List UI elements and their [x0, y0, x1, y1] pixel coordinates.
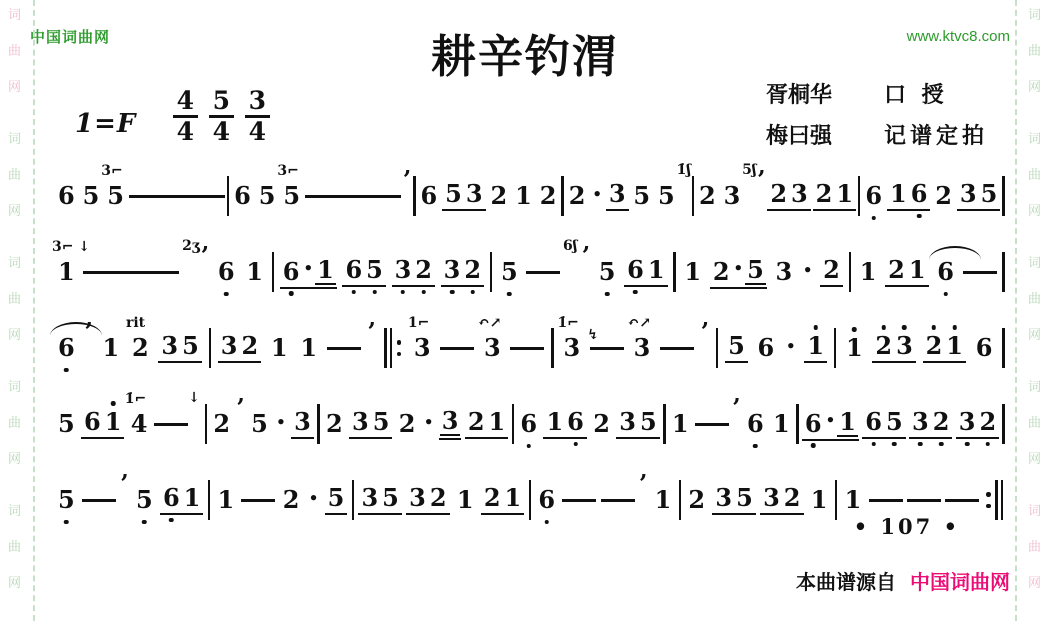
note: 5: [326, 485, 347, 511]
score-line: 13⌐ ↓2ʒ’616•165323256ʃ’56112•53•21216: [55, 234, 1005, 310]
watermark-char: 词: [8, 256, 21, 269]
barline: [858, 176, 861, 216]
dash-wrap: ↯: [590, 347, 624, 350]
ornament: ↯: [587, 328, 599, 342]
barline: [551, 328, 554, 368]
credit-role: 记谱定拍: [884, 119, 988, 150]
note: 3: [632, 335, 653, 361]
note: 2: [697, 183, 718, 209]
octave-up-dot: [902, 325, 907, 330]
duration-dash: [963, 271, 997, 274]
watermark-char: 网: [1028, 80, 1041, 93]
barline: [208, 480, 211, 520]
note-cluster: 5: [133, 487, 156, 513]
dash-wrap: [305, 195, 401, 198]
note-cluster: 1: [268, 335, 291, 361]
note: 6: [803, 411, 824, 437]
note-cluster: 2: [932, 183, 955, 209]
note-cluster: 1: [243, 259, 266, 285]
note: 5: [180, 333, 201, 359]
note-cluster: 5: [256, 183, 279, 209]
credit-role: 口 授: [884, 78, 988, 109]
note: 3: [159, 333, 180, 359]
note: 2: [397, 411, 418, 437]
note: 5: [56, 411, 77, 437]
note-cluster: 1: [100, 335, 123, 361]
note: 2: [567, 183, 588, 209]
note: 2: [821, 257, 842, 283]
note: 3: [350, 409, 371, 435]
note: 6: [82, 409, 103, 435]
ts-numerator: 3: [245, 88, 270, 118]
note-cluster: 16: [543, 409, 586, 439]
note-cluster: 1: [842, 487, 865, 513]
ts-numerator: 5: [209, 88, 234, 118]
note-cluster: 23: [767, 181, 810, 211]
duration-dash: [83, 271, 179, 274]
song-title: 耕辛钓渭: [0, 20, 1050, 85]
note-cluster: 21: [885, 257, 928, 287]
ornament: 1̇ʃ: [677, 163, 691, 177]
ts-numerator: 4: [173, 88, 198, 118]
note: 3: [910, 409, 931, 435]
watermark-column-left: 词曲网词曲网词曲网词曲网词曲网: [2, 0, 28, 621]
note: 1: [315, 257, 336, 285]
dash-wrap: [963, 271, 997, 274]
note: 1: [907, 257, 928, 283]
dash-wrap: [154, 423, 188, 426]
note: 5: [105, 183, 126, 209]
octave-down-dot: [573, 442, 578, 447]
note-cluster: 32: [392, 257, 435, 287]
note: 2: [239, 333, 260, 359]
note-cluster: 5: [725, 333, 748, 363]
note: 2: [462, 257, 483, 283]
note: 6: [56, 335, 77, 361]
duration-dash: [590, 347, 624, 350]
octave-down-dot: [401, 290, 406, 295]
duration-dash: [945, 499, 979, 502]
source-prefix: 本曲谱源自: [796, 566, 896, 595]
note-cluster: 53: [442, 181, 485, 211]
note: 6: [935, 259, 956, 285]
note: 5: [249, 411, 270, 437]
note: 3: [607, 181, 628, 207]
octave-down-dot: [939, 442, 944, 447]
note: •: [301, 256, 315, 285]
watermark-char: 曲: [8, 416, 21, 429]
note-cluster: 6•1: [802, 408, 859, 441]
note: 2: [686, 487, 707, 513]
note-cluster: 1: [297, 335, 320, 361]
note: 2: [413, 257, 434, 283]
note: 2: [466, 409, 487, 435]
note: 3: [774, 259, 795, 285]
note: 2: [782, 485, 803, 511]
note: 1: [843, 487, 864, 513]
repeat-bar: [384, 328, 387, 368]
barline: [413, 176, 416, 216]
note-cluster: 41̇⌐: [128, 411, 151, 437]
note-cluster: 2rit: [129, 335, 152, 361]
note: 6: [625, 257, 646, 283]
watermark-char: 曲: [1028, 540, 1041, 553]
note: 3: [464, 181, 485, 207]
note-cluster: 1: [804, 333, 827, 363]
note: 6: [565, 409, 586, 435]
note: 1: [513, 183, 534, 209]
duration-dot: •: [422, 410, 436, 439]
dash-wrap: [526, 271, 560, 274]
octave-up-dot: [952, 325, 957, 330]
note: 6: [909, 181, 930, 207]
watermark-char: 网: [8, 80, 21, 93]
dash-wrap: [129, 195, 225, 198]
note: 2: [977, 409, 998, 435]
ornament: 3⌐: [101, 164, 122, 178]
note-cluster: 65: [342, 257, 385, 287]
note: 1: [215, 487, 236, 513]
watermark-char: 词: [1028, 132, 1041, 145]
time-signature: 4 4: [170, 88, 200, 145]
octave-down-dot: [871, 216, 876, 221]
note-cluster: 2: [210, 411, 233, 437]
note: 1: [834, 181, 855, 207]
note: 1: [455, 487, 476, 513]
note-cluster: 1: [669, 411, 692, 437]
note: 6: [863, 409, 884, 435]
watermark-char: 词: [1028, 8, 1041, 21]
note-cluster: 32: [909, 409, 952, 439]
breath-mark: ’: [236, 398, 244, 418]
duration-dash: [869, 499, 903, 502]
note: 1: [670, 411, 691, 437]
note: 3: [442, 257, 463, 283]
octave-down-dot: [372, 290, 377, 295]
note-cluster: 32: [956, 409, 999, 439]
watermark-char: 网: [1028, 328, 1041, 341]
note: 1: [101, 335, 122, 361]
note: 5: [726, 333, 747, 359]
note-cluster: 35: [158, 333, 201, 363]
note-cluster: 65: [862, 409, 905, 439]
note-cluster: 6: [535, 487, 558, 513]
note-cluster: 21: [813, 181, 856, 211]
note: 1: [809, 487, 830, 513]
note-cluster: 61: [81, 409, 124, 439]
note: 6: [343, 257, 364, 283]
note-cluster: 16: [887, 181, 930, 211]
note: 2: [538, 183, 559, 209]
note-cluster: 6: [934, 259, 957, 285]
note-cluster: 32: [441, 257, 484, 287]
note: 6: [745, 411, 766, 437]
note-cluster: 32: [406, 485, 449, 515]
score-line: 6553⌐6553⌐’6532122•3551̇ʃ235ʃ’2321616235: [55, 158, 1005, 234]
note: 2: [324, 411, 345, 437]
note: 2: [211, 411, 232, 437]
note-cluster: 1: [770, 411, 793, 437]
note: 3: [761, 485, 782, 511]
note: 5: [371, 409, 392, 435]
note-cluster: 13⌐ ↓: [55, 259, 78, 285]
duration-dash: [907, 499, 941, 502]
watermark-char: 曲: [1028, 44, 1041, 57]
note: 5: [884, 409, 905, 435]
note-cluster: 32: [760, 485, 803, 515]
note: 6: [216, 259, 237, 285]
octave-down-dot: [811, 443, 816, 448]
octave-down-dot: [943, 292, 948, 297]
note: 6: [536, 487, 557, 513]
dotted-border-left: [33, 0, 35, 621]
note: 2: [281, 487, 302, 513]
note: 5: [56, 487, 77, 513]
note-cluster: 3: [439, 408, 462, 440]
credit-name: 胥桐华: [766, 78, 832, 109]
note: 5: [745, 257, 766, 285]
note: 3: [292, 409, 313, 435]
note-cluster: 6: [215, 259, 238, 285]
watermark-char: 曲: [1028, 292, 1041, 305]
note: 2: [933, 183, 954, 209]
barline: [692, 176, 695, 216]
dash-wrap: [562, 499, 596, 502]
dash-wrap: [440, 347, 474, 350]
octave-down-dot: [544, 520, 549, 525]
grace-ornament: 1̇ʃ: [680, 182, 690, 210]
note: 1: [269, 335, 290, 361]
breath-mark: ’: [201, 246, 209, 266]
note: 3: [561, 335, 582, 361]
repeat-dots: [397, 328, 402, 368]
barline: [835, 480, 838, 520]
octave-up-dot: [813, 325, 818, 330]
ts-denominator: 4: [213, 118, 230, 145]
note-cluster: 6: [755, 335, 778, 361]
note-cluster: 35: [957, 181, 1000, 211]
octave-down-dot: [633, 290, 638, 295]
breath-mark: ’: [84, 322, 92, 342]
note: 1: [771, 411, 792, 437]
barline: [796, 404, 799, 444]
duration-dot: •: [303, 255, 313, 281]
note: 2: [482, 485, 503, 511]
ornament: 1̇⌐: [557, 316, 578, 330]
watermark-char: 词: [1028, 504, 1041, 517]
barline: [561, 176, 564, 216]
octave-down-dot: [753, 444, 758, 449]
score: 6553⌐6553⌐’6532122•3551̇ʃ235ʃ’2321616235…: [55, 158, 1005, 538]
watermark-char: 词: [8, 504, 21, 517]
note-cluster: 1: [652, 487, 675, 513]
note: 2: [130, 335, 151, 361]
duration-dot: •: [784, 334, 798, 363]
duration-dot: •: [307, 486, 321, 515]
note-cluster: 35: [712, 485, 755, 515]
octave-up-dot: [111, 401, 116, 406]
octave-down-dot: [450, 290, 455, 295]
breath-mark: ’: [403, 170, 411, 190]
watermark-char: 词: [8, 132, 21, 145]
duration-dash: [660, 347, 694, 350]
ornament: ↶↗: [478, 316, 501, 330]
note: 6: [419, 183, 440, 209]
barline: [272, 252, 275, 292]
note-cluster: 21: [923, 333, 966, 363]
note: 1: [182, 485, 203, 511]
note: 5: [734, 485, 755, 511]
note-cluster: 3: [773, 259, 796, 285]
note: 2: [591, 411, 612, 437]
watermark-char: 网: [8, 204, 21, 217]
note-cluster: 2: [820, 257, 843, 287]
duration-dash: [82, 499, 116, 502]
octave-down-dot: [289, 291, 294, 296]
note: 6: [756, 335, 777, 361]
watermark-char: 网: [1028, 204, 1041, 217]
ornament: 2ʒ: [182, 239, 200, 253]
note-cluster: 3↶↗: [631, 335, 654, 361]
note-cluster: 2: [696, 183, 719, 209]
note-cluster: 5: [248, 411, 271, 437]
watermark-char: 词: [1028, 380, 1041, 393]
note-cluster: 32: [218, 333, 261, 363]
credit-name: 梅曰强: [766, 119, 832, 150]
note-cluster: 2: [396, 411, 419, 437]
duration-dash: [440, 347, 474, 350]
note-cluster: 1: [843, 335, 866, 361]
note-cluster: 3: [721, 183, 744, 209]
grace-ornament: ↓: [191, 410, 201, 438]
watermark-char: 网: [8, 452, 21, 465]
barline: [1002, 176, 1005, 216]
repeat-bar: [390, 328, 393, 368]
barline: [849, 252, 852, 292]
source-site-name: 中国词曲网: [910, 566, 1010, 595]
octave-down-dot: [507, 292, 512, 297]
ornament: 1⌐: [408, 316, 429, 330]
note: 5: [638, 409, 659, 435]
note-cluster: 1: [808, 487, 831, 513]
note-cluster: 5: [498, 259, 521, 285]
ornament: 3⌐ ↓: [52, 240, 90, 254]
score-line: 6’12rit353211’31⌐3↶↗31̇⌐↯3↶↗’56•1123216: [55, 310, 1005, 386]
watermark-char: 网: [1028, 576, 1041, 589]
dotted-border-right: [1015, 0, 1017, 621]
note-cluster: 2: [566, 183, 589, 209]
dash-wrap: [907, 499, 941, 502]
barline: [512, 404, 515, 444]
note: 5: [134, 487, 155, 513]
note-cluster: 21: [481, 485, 524, 515]
note: 3: [412, 335, 433, 361]
breath-mark: ’: [701, 322, 709, 342]
dash-wrap: [241, 499, 275, 502]
octave-down-dot: [892, 442, 897, 447]
octave-up-dot: [852, 327, 857, 332]
time-signature: 5 4: [206, 88, 236, 145]
note: 1: [544, 409, 565, 435]
note: 1: [888, 181, 909, 207]
note: 3: [407, 485, 428, 511]
octave-down-dot: [64, 368, 69, 373]
note: 3: [722, 183, 743, 209]
octave-down-dot: [986, 442, 991, 447]
barline: [679, 480, 682, 520]
grace-ornament: 5ʃ: [745, 182, 755, 210]
note-cluster: 6: [862, 183, 885, 209]
note-cluster: 6: [55, 183, 78, 209]
watermark-column-right: 词曲网词曲网词曲网词曲网词曲网: [1022, 0, 1048, 621]
note-cluster: 1: [512, 183, 535, 209]
note-cluster: 2: [537, 183, 560, 209]
dash-wrap: [83, 271, 179, 274]
note-cluster: 1: [214, 487, 237, 513]
note: 6: [518, 411, 539, 437]
ornament: 6ʃ: [563, 239, 577, 253]
note-cluster: 53⌐: [104, 183, 127, 209]
note-cluster: 6: [517, 411, 540, 437]
duration-dot: •: [734, 255, 744, 281]
note: 2: [924, 333, 945, 359]
note-cluster: 2: [590, 411, 613, 437]
barline: [490, 252, 493, 292]
note: 5: [499, 259, 520, 285]
note: 5: [364, 257, 385, 283]
note-cluster: 1: [857, 259, 880, 285]
note: 3: [894, 333, 915, 359]
watermark-char: 曲: [1028, 416, 1041, 429]
note: 2: [886, 257, 907, 283]
barline: [1002, 404, 1005, 444]
note: 2: [814, 181, 835, 207]
barline: [209, 328, 212, 368]
note: 6: [161, 485, 182, 511]
dash-wrap: [510, 347, 544, 350]
note: 2: [711, 259, 732, 285]
ornament: 1̇⌐: [125, 392, 146, 406]
dash-wrap: [695, 423, 729, 426]
note-cluster: 1: [454, 487, 477, 513]
note-cluster: 35: [358, 485, 401, 515]
breath-mark: ’: [732, 398, 740, 418]
octave-down-dot: [917, 214, 922, 219]
note: 6: [281, 259, 302, 285]
dash-wrap: [660, 347, 694, 350]
duration-dot: •: [826, 407, 836, 433]
note-cluster: 6: [55, 335, 78, 361]
barline: [673, 252, 676, 292]
note-cluster: 2: [487, 183, 510, 209]
note: 3: [359, 485, 380, 511]
duration-dash: [327, 347, 361, 350]
note: 1: [646, 257, 667, 283]
note: 1: [503, 485, 524, 511]
barline: [205, 404, 208, 444]
note-cluster: 35: [349, 409, 392, 439]
duration-dash: [695, 423, 729, 426]
note-cluster: 5: [55, 487, 78, 513]
repeat-end-sign: [983, 480, 1005, 520]
note-cluster: 21: [465, 409, 508, 439]
breath-mark: ’: [757, 170, 765, 190]
note: 1: [805, 333, 826, 359]
note-cluster: 6: [744, 411, 767, 437]
octave-up-dot: [882, 325, 887, 330]
watermark-char: 曲: [8, 44, 21, 57]
duration-dash: [601, 499, 635, 502]
